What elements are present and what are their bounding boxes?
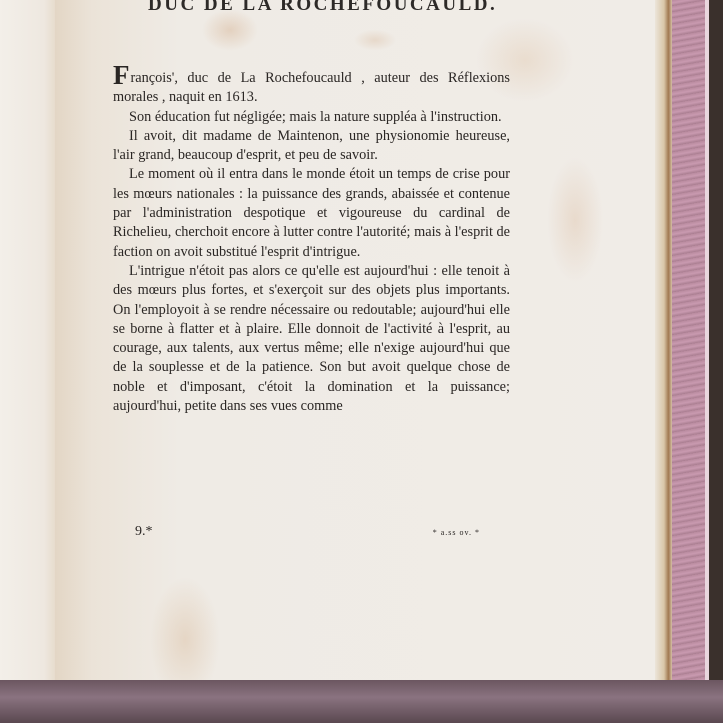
paragraph: Le moment où il entra dans le monde étoi…	[113, 165, 510, 261]
facing-page	[0, 0, 55, 695]
drop-cap: F	[113, 60, 130, 90]
paragraph: Il avoit, dit madame de Maintenon, une p…	[113, 127, 510, 166]
book-cover-bottom	[0, 680, 723, 723]
body-text: François', duc de La Rochefoucauld , aut…	[113, 66, 510, 416]
running-heading: DUC DE LA ROCHEFOUCAULD.	[148, 0, 568, 16]
page-footer: 9.* * a.ss ov. *	[135, 524, 480, 540]
signature-mark: * a.ss ov. *	[433, 524, 480, 540]
paragraph: François', duc de La Rochefoucauld , aut…	[113, 66, 510, 108]
paragraph: L'intrigue n'étoit pas alors ce qu'elle …	[113, 262, 510, 416]
background	[709, 0, 723, 723]
signature-number: 9.*	[135, 524, 153, 540]
page-fore-edge	[655, 0, 673, 685]
paragraph: Son éducation fut négligée; mais la natu…	[113, 108, 510, 127]
